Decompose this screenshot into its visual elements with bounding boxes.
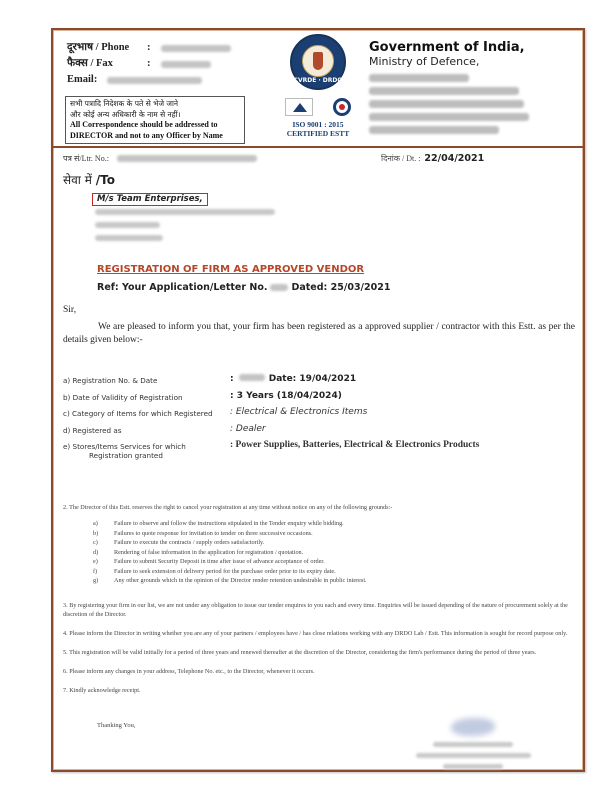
fax-separator: : [147, 56, 161, 72]
contact-block: दूरभाष / Phone : फैक्स / Fax : Email: [67, 40, 231, 88]
ground-item: a)Failure to observe and follow the inst… [93, 520, 563, 530]
letter-page: दूरभाष / Phone : फैक्स / Fax : Email: सभ… [51, 28, 585, 772]
bis-logo-icon [285, 98, 313, 116]
phone-label: दूरभाष / Phone [67, 40, 147, 56]
org-title: Government of India, [369, 40, 579, 55]
ground-item: c)Failure to execute the contracts / sup… [93, 539, 563, 549]
registration-details: a) Registration No. & Date : Date: 19/04… [63, 373, 578, 465]
clause-3: 3. By registering your firm in our list,… [63, 601, 575, 619]
closing: Thanking You, [97, 722, 135, 729]
cancellation-grounds: a)Failure to observe and follow the inst… [93, 520, 563, 587]
ground-item: f)Failure to seek extension of delivery … [93, 568, 563, 578]
application-reference: Ref: Your Application/Letter No. Dated: … [97, 282, 390, 293]
iso-line-2: CERTIFIED ESTT [275, 129, 361, 138]
date-block: दिनांक / Dt. : 22/04/2021 [381, 153, 484, 164]
detail-value: : 3 Years (18/04/2024) [230, 390, 342, 401]
signature-block-redacted [413, 718, 533, 775]
detail-value: : Power Supplies, Batteries, Electrical … [230, 439, 479, 450]
detail-label: e) Stores/Items Services for which Regis… [63, 439, 230, 460]
to-label-english: /To [96, 173, 115, 187]
detail-row: e) Stores/Items Services for which Regis… [63, 439, 578, 465]
recipient-address-redacted [95, 209, 275, 248]
drdo-emblem-icon: CVRDE · DRDO [290, 34, 346, 90]
quality-logo-icon [333, 98, 351, 116]
email-label: Email: [67, 72, 107, 88]
clause-7: 7. Kindly acknowledge receipt. [63, 686, 575, 695]
ref-prefix: Ref: Your Application/Letter No. [97, 282, 267, 293]
note-english-line-2: DIRECTOR and not to any Officer by Name [70, 131, 240, 142]
letterhead: दूरभाष / Phone : फैक्स / Fax : Email: सभ… [53, 30, 583, 148]
iso-certification: ISO 9001 : 2015 CERTIFIED ESTT [275, 120, 361, 138]
date-label: दिनांक / Dt. : [381, 153, 420, 164]
note-english-line-1: All Correspondence should be addressed t… [70, 120, 240, 131]
detail-row: a) Registration No. & Date : Date: 19/04… [63, 373, 578, 390]
ground-item: g)Any other grounds which in the opinion… [93, 577, 563, 587]
detail-label: a) Registration No. & Date [63, 373, 230, 385]
letter-no-label: पत्र सं/Ltr. No.: [63, 153, 109, 164]
letter-date: 22/04/2021 [424, 153, 484, 164]
detail-value: : Electrical & Electronics Items [230, 406, 367, 417]
ground-item: b)Failures to quote response for invitat… [93, 530, 563, 540]
detail-row: b) Date of Validity of Registration : 3 … [63, 390, 578, 407]
fax-label: फैक्स / Fax [67, 56, 147, 72]
to-line: सेवा में /To [63, 171, 115, 188]
ref-dated: Dated: 25/03/2021 [291, 282, 390, 293]
recipient-name: M/s Team Enterprises, [92, 193, 208, 206]
detail-label: c) Category of Items for which Registere… [63, 406, 230, 418]
email-row: Email: [67, 72, 231, 88]
iso-line-1: ISO 9001 : 2015 [275, 120, 361, 129]
emblem-text: CVRDE · DRDO [292, 77, 344, 84]
to-label-hindi: सेवा में [63, 173, 92, 187]
detail-value: : Date: 19/04/2021 [230, 373, 356, 384]
note-hindi-line-1: सभी पत्रादि निदेशक के पते से भेजे जाने [70, 99, 240, 110]
clause-6: 6. Please inform any changes in your add… [63, 667, 575, 676]
registration-no-redacted [239, 374, 265, 381]
org-ministry: Ministry of Defence, [369, 55, 579, 69]
letter-no-redacted [117, 155, 257, 162]
intro-paragraph: We are pleased to inform you that, your … [63, 321, 575, 346]
detail-row: c) Category of Items for which Registere… [63, 406, 578, 423]
correspondence-note: सभी पत्रादि निदेशक के पते से भेजे जाने औ… [65, 96, 245, 144]
reference-line: पत्र सं/Ltr. No.: दिनांक / Dt. : 22/04/2… [63, 153, 573, 164]
registration-date: Date: 19/04/2021 [269, 374, 356, 384]
clause-5: 5. This registration will be valid initi… [63, 648, 575, 657]
detail-label: b) Date of Validity of Registration [63, 390, 230, 402]
phone-row: दूरभाष / Phone : [67, 40, 231, 56]
certification-logos [275, 98, 361, 116]
ref-no-redacted [270, 284, 288, 291]
org-address-redacted [369, 74, 579, 134]
fax-row: फैक्स / Fax : [67, 56, 231, 72]
emblem-block: CVRDE · DRDO ISO 9001 : 2015 CERTIFIED E… [275, 34, 361, 138]
clause-4: 4. Please inform the Director in writing… [63, 629, 575, 638]
email-redacted [107, 77, 202, 84]
salutation: Sir, [63, 305, 76, 315]
phone-redacted [161, 45, 231, 52]
signature-icon [451, 718, 495, 736]
detail-row: d) Registered as : Dealer [63, 423, 578, 440]
ground-item: e)Failure to submit Security Deposit in … [93, 558, 563, 568]
note-hindi-line-2: और कोई अन्य अधिकारी के नाम से नहीं। [70, 110, 240, 121]
clause-2: 2. The Director of this Estt. reserves t… [63, 504, 575, 511]
detail-value: : Dealer [230, 423, 266, 434]
fax-redacted [161, 61, 211, 68]
terms-clauses: 3. By registering your firm in our list,… [63, 601, 575, 705]
emblem-crest-icon [302, 45, 334, 77]
subject-title: REGISTRATION OF FIRM AS APPROVED VENDOR [97, 264, 364, 275]
detail-label: d) Registered as [63, 423, 230, 435]
organization-block: Government of India, Ministry of Defence… [369, 40, 579, 139]
ground-item: d)Rendering of false information in the … [93, 549, 563, 559]
phone-separator: : [147, 40, 161, 56]
